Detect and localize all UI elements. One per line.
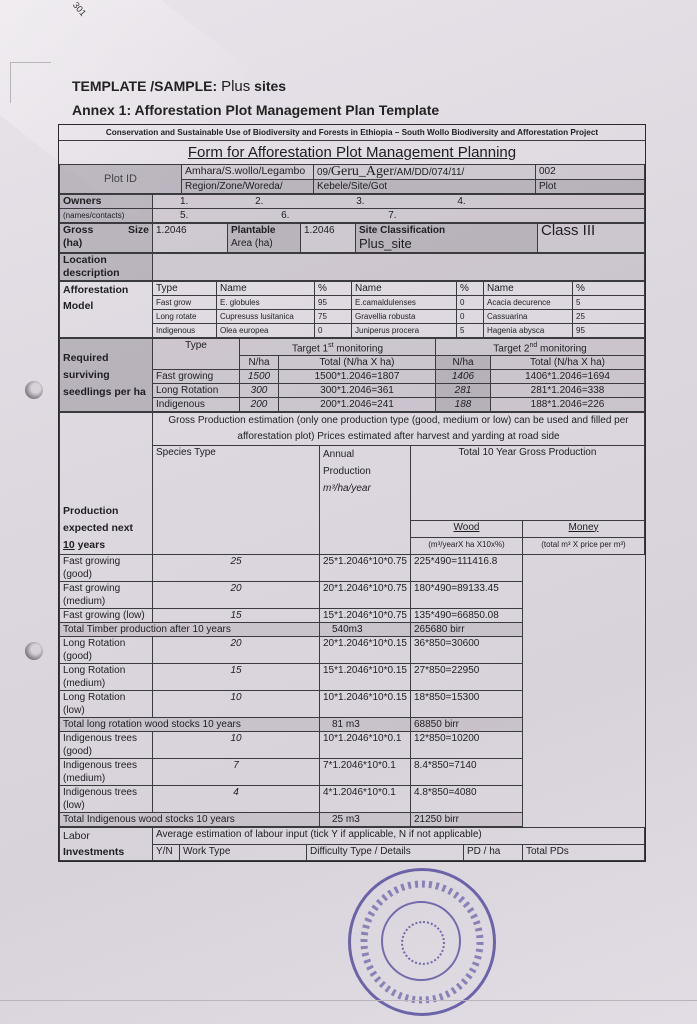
paper-edge [0, 1000, 697, 1001]
cell[interactable]: 20*1.2046*10*0.75 [320, 582, 411, 609]
money-subheader: (total m³ X price per m³) [522, 537, 644, 554]
production-row: Long Rotation (good)2020*1.2046*10*0.153… [60, 637, 645, 664]
site-class-value[interactable]: Class III [538, 224, 645, 253]
cell[interactable]: 15*1.2046*10*0.75 [320, 609, 411, 623]
total-money[interactable]: 68850 birr [410, 718, 522, 732]
official-seal-stamp-icon [348, 868, 496, 1016]
cell[interactable]: 225*490=111416.8 [410, 555, 522, 582]
nha-header: N/ha [436, 356, 491, 370]
cell[interactable]: 300*1.2046=361 [279, 384, 436, 398]
yn-header: Y/N [153, 844, 180, 861]
owners-row-1[interactable]: 1. 2. 3. 4. [153, 195, 645, 209]
cell[interactable]: 25*1.2046*10*0.75 [320, 555, 411, 582]
cell: Indigenous trees (medium) [60, 759, 153, 786]
cell[interactable]: 1406 [436, 370, 491, 384]
work-type-header: Work Type [180, 844, 307, 861]
owners-sublabel: (names/contacts) [60, 209, 153, 223]
cell: Fast growing [153, 370, 240, 384]
col-header: % [573, 282, 645, 296]
cell[interactable]: 95 [315, 296, 352, 310]
cell: Fast growing (low) [60, 609, 153, 623]
cell[interactable]: 0 [457, 296, 484, 310]
cell[interactable]: Cassuarina [484, 310, 573, 324]
total-wood[interactable]: 540m3 [320, 623, 411, 637]
total-wood[interactable]: 81 m3 [320, 718, 411, 732]
seedlings-table: Required surviving seedlings per ha Type… [59, 338, 645, 412]
form-title: Form for Afforestation Plot Management P… [59, 141, 645, 162]
cell: Fast grow [153, 296, 217, 310]
cell[interactable]: 1406*1.2046=1694 [491, 370, 645, 384]
cell[interactable]: 10*1.2046*10*0.15 [320, 691, 411, 718]
production-row: Long Rotation (low)1010*1.2046*10*0.1518… [60, 691, 645, 718]
cell: Long Rotation (good) [60, 637, 153, 664]
production-label: Production expected next 10 years [60, 413, 153, 555]
production-row: Indigenous trees (low)44*1.2046*10*0.14.… [60, 786, 645, 813]
cell: Long Rotation (medium) [60, 664, 153, 691]
production-row: Fast growing (good)2525*1.2046*10*0.7522… [60, 555, 645, 582]
kebele-label: Kebele/Site/Got [314, 180, 536, 194]
gross-size-value[interactable]: 1.2046 [153, 224, 228, 253]
col-header: Type [153, 282, 217, 296]
cell[interactable]: 20 [153, 637, 320, 664]
location-label: Location description [60, 254, 153, 281]
target1-header: Target 1st monitoring [240, 339, 436, 356]
cell[interactable]: 95 [573, 324, 645, 338]
owners-table: Owners 1. 2. 3. 4. (names/contacts) 5. 6… [59, 194, 645, 223]
cell[interactable]: Olea europea [217, 324, 315, 338]
cell: Long Rotation [153, 384, 240, 398]
total-production-header: Total 10 Year Gross Production [410, 446, 644, 520]
target2-header: Target 2nd monitoring [436, 339, 645, 356]
cell[interactable]: Hagenia abysca [484, 324, 573, 338]
total-label: Total long rotation wood stocks 10 years [60, 718, 320, 732]
template-title: TEMPLATE /SAMPLE: Plus sites [72, 78, 286, 95]
wood-header: Wood [410, 520, 522, 537]
plantable-value[interactable]: 1.2046 [301, 224, 356, 253]
cell[interactable]: 180*490=89133.45 [410, 582, 522, 609]
total-header: Total (N/ha X ha) [491, 356, 645, 370]
afforestation-model-table: Afforestation Model Type Name % Name % N… [59, 281, 645, 338]
owners-label: Owners [60, 195, 153, 209]
paper-corner-fold [10, 62, 51, 103]
production-intro: Gross Production estimation (only one pr… [153, 413, 645, 446]
production-total-row: Total long rotation wood stocks 10 years… [60, 718, 645, 732]
labor-table: Labor Investments Average estimation of … [59, 827, 645, 861]
cell[interactable]: 15 [153, 664, 320, 691]
cell[interactable]: 1500 [240, 370, 279, 384]
cell[interactable]: 281*1.2046=338 [491, 384, 645, 398]
production-table: Production expected next 10 years Gross … [59, 412, 645, 827]
col-header: Name [217, 282, 315, 296]
cell[interactable]: 4.8*850=4080 [410, 786, 522, 813]
cell: Fast growing (good) [60, 555, 153, 582]
cell[interactable]: 25 [153, 555, 320, 582]
plot-number-value[interactable]: 002 [536, 165, 645, 180]
cell[interactable]: 188*1.2046=226 [491, 398, 645, 412]
cell[interactable]: 188 [436, 398, 491, 412]
cell[interactable]: 15 [153, 609, 320, 623]
wood-subheader: (m³/yearX ha X10x%) [410, 537, 522, 554]
cell[interactable]: 7 [153, 759, 320, 786]
cell[interactable]: Acacia decurence [484, 296, 573, 310]
pd-ha-header: PD / ha [464, 844, 523, 861]
cell[interactable]: 36*850=30600 [410, 637, 522, 664]
annual-production-header: Annual Production m³/ha/year [320, 446, 411, 555]
total-money[interactable]: 265680 birr [410, 623, 522, 637]
production-total-row: Total Timber production after 10 years54… [60, 623, 645, 637]
cell: Fast growing (medium) [60, 582, 153, 609]
cell[interactable]: 10 [153, 732, 320, 759]
punch-hole-icon [25, 381, 43, 399]
cell[interactable]: 0 [457, 310, 484, 324]
total-money[interactable]: 21250 birr [410, 813, 522, 827]
punch-hole-icon [25, 642, 43, 660]
cell[interactable]: Cupresuss lusitanica [217, 310, 315, 324]
cell[interactable]: E.camaldulenses [352, 296, 457, 310]
site-classification: Site Classification Plus_site [356, 224, 538, 253]
cell[interactable]: 7*1.2046*10*0.1 [320, 759, 411, 786]
total-header: Total (N/ha X ha) [279, 356, 436, 370]
col-header: Name [352, 282, 457, 296]
col-header: % [315, 282, 352, 296]
cell[interactable]: Gravellia robusta [352, 310, 457, 324]
cell[interactable]: 20 [153, 582, 320, 609]
cell[interactable]: 200 [240, 398, 279, 412]
cell[interactable]: 200*1.2046=241 [279, 398, 436, 412]
production-row: Fast growing (low)1515*1.2046*10*0.75135… [60, 609, 645, 623]
total-label: Total Indigenous wood stocks 10 years [60, 813, 320, 827]
seedlings-label: Required surviving seedlings per ha [60, 339, 153, 412]
gross-size-label: GrossSize (ha) [60, 224, 153, 253]
total-wood[interactable]: 25 m3 [320, 813, 411, 827]
total-label: Total Timber production after 10 years [60, 623, 320, 637]
production-total-row: Total Indigenous wood stocks 10 years25 … [60, 813, 645, 827]
cell[interactable]: 300 [240, 384, 279, 398]
cell: Indigenous trees (good) [60, 732, 153, 759]
region-value[interactable]: Amhara/S.wollo/Legambo [182, 165, 314, 180]
col-header: % [457, 282, 484, 296]
owners-row-2[interactable]: 5. 6. 7. [153, 209, 645, 223]
cell[interactable]: Juniperus procera [352, 324, 457, 338]
cell: Indigenous [153, 324, 217, 338]
production-row: Indigenous trees (good)1010*1.2046*10*0.… [60, 732, 645, 759]
plot-number-label: Plot [536, 180, 645, 194]
production-row: Fast growing (medium)2020*1.2046*10*0.75… [60, 582, 645, 609]
cell[interactable]: 4 [153, 786, 320, 813]
cell[interactable]: 25 [573, 310, 645, 324]
type-header: Type [153, 339, 240, 370]
site-classification-value[interactable]: Plus_site [359, 236, 412, 251]
location-value[interactable] [153, 254, 645, 281]
production-row: Indigenous trees (medium)77*1.2046*10*0.… [60, 759, 645, 786]
cell: Long Rotation (low) [60, 691, 153, 718]
plantable-label: Plantable Area (ha) [228, 224, 301, 253]
cell: Long rotate [153, 310, 217, 324]
kebele-value[interactable]: 09/Geru_Ager/AM/DD/074/11/ [314, 165, 536, 180]
cell[interactable]: 75 [315, 310, 352, 324]
cell[interactable]: 10 [153, 691, 320, 718]
cell[interactable]: 5 [457, 324, 484, 338]
cell[interactable]: 8.4*850=7140 [410, 759, 522, 786]
region-label: Region/Zone/Woreda/ [182, 180, 314, 194]
labor-intro: Average estimation of labour input (tick… [153, 828, 645, 845]
afforestation-model-label: Afforestation Model [60, 282, 153, 338]
cell[interactable]: 18*850=15300 [410, 691, 522, 718]
cell[interactable]: 15*1.2046*10*0.15 [320, 664, 411, 691]
plot-id-table: Plot ID Amhara/S.wollo/Legambo 09/Geru_A… [59, 164, 645, 194]
plot-id-label: Plot ID [60, 165, 182, 194]
cell[interactable]: 1500*1.2046=1807 [279, 370, 436, 384]
production-row: Long Rotation (medium)1515*1.2046*10*0.1… [60, 664, 645, 691]
cell[interactable]: 5 [573, 296, 645, 310]
location-table: Location description [59, 253, 645, 281]
cell[interactable]: E. globules [217, 296, 315, 310]
cell[interactable]: 27*850=22950 [410, 664, 522, 691]
cell[interactable]: 0 [315, 324, 352, 338]
total-pds-header: Total PDs [523, 844, 645, 861]
money-header: Money [522, 520, 644, 537]
cell[interactable]: 4*1.2046*10*0.1 [320, 786, 411, 813]
cell[interactable]: 135*490=66850.08 [410, 609, 522, 623]
col-header: Name [484, 282, 573, 296]
cell: Indigenous trees (low) [60, 786, 153, 813]
size-table: GrossSize (ha) 1.2046 Plantable Area (ha… [59, 223, 645, 253]
cell[interactable]: 10*1.2046*10*0.1 [320, 732, 411, 759]
cell: Indigenous [153, 398, 240, 412]
nha-header: N/ha [240, 356, 279, 370]
cell[interactable]: 12*850=10200 [410, 732, 522, 759]
project-name: Conservation and Sustainable Use of Biod… [59, 125, 645, 141]
annex-title: Annex 1: Afforestation Plot Management P… [72, 102, 439, 118]
labor-label: Labor Investments [60, 828, 153, 861]
cell[interactable]: 20*1.2046*10*0.15 [320, 637, 411, 664]
plot-management-form: Conservation and Sustainable Use of Biod… [58, 124, 646, 862]
cell[interactable]: 281 [436, 384, 491, 398]
species-type-header: Species Type [153, 446, 320, 555]
difficulty-header: Difficulty Type / Details [307, 844, 464, 861]
